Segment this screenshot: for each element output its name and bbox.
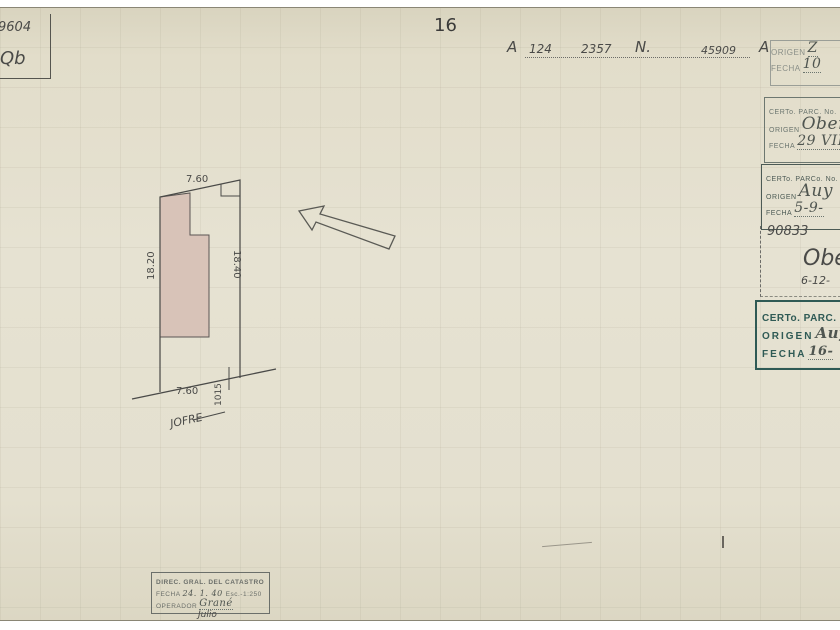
plot-drawing (0, 0, 840, 630)
back-width-label: 7.60 (176, 386, 198, 397)
street-line (132, 369, 276, 399)
front-width-label: 7.60 (186, 174, 208, 185)
arrow-icon (299, 206, 395, 249)
built-area (160, 193, 209, 337)
left-depth-label: 18.20 (146, 251, 157, 280)
ink-dot (722, 536, 724, 548)
street-number-label: 1015 (214, 383, 224, 406)
corner-square (221, 184, 240, 196)
right-depth-label: 18.40 (231, 250, 242, 279)
